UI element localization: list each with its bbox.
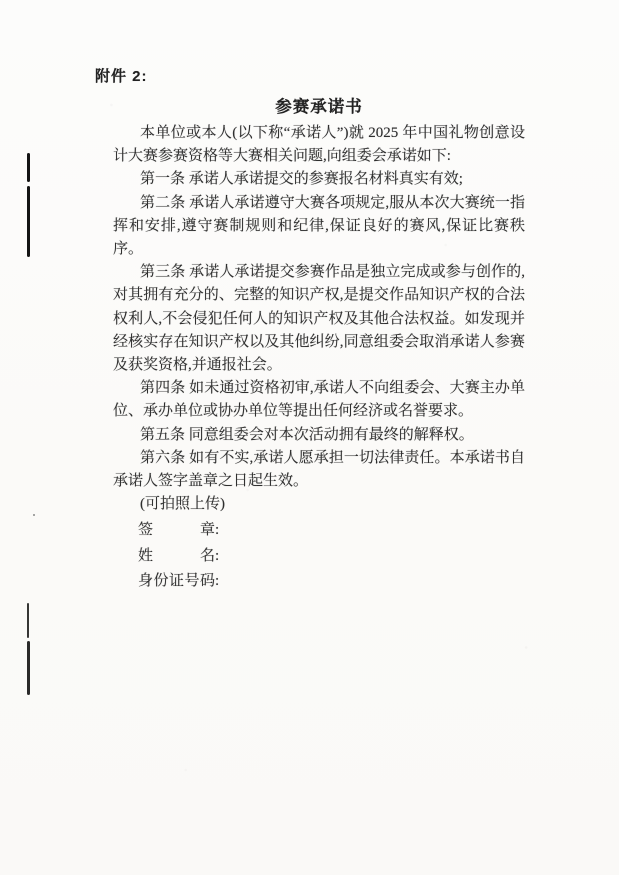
paragraph-photo-note: (可拍照上传)	[113, 493, 525, 516]
scan-artifact-line	[27, 153, 30, 182]
seal-label: 签章	[138, 518, 215, 544]
signature-row-id-number: 身份证号码:	[138, 569, 219, 595]
name-colon: :	[215, 544, 219, 570]
paragraph-article-5: 第五条 同意组委会对本次活动拥有最终的解释权。	[113, 424, 525, 447]
scanned-document-page: { "colors": { "paper": "#fbfaf8", "ink":…	[0, 0, 619, 875]
signature-row-name: 姓名:	[138, 544, 219, 570]
paragraph-article-1: 第一条 承诺人承诺提交的参赛报名材料真实有效;	[113, 168, 525, 191]
seal-colon: :	[215, 518, 219, 544]
scan-artifact-line	[27, 186, 30, 257]
paragraph-article-3: 第三条 承诺人承诺提交参赛作品是独立完成或参与创作的,对其拥有充分的、完整的知识…	[113, 261, 525, 377]
scan-artifact-line	[27, 603, 29, 638]
signature-row-seal: 签章:	[138, 518, 219, 544]
attachment-label: 附件 2:	[95, 65, 148, 86]
signature-block: 签章: 姓名: 身份证号码:	[138, 518, 219, 595]
id-number-label: 身份证号码	[138, 569, 215, 595]
document-body: 本单位或本人(以下称“承诺人”)就 2025 年中国礼物创意设计大赛参赛资格等大…	[113, 122, 525, 516]
paragraph-article-4: 第四条 如未通过资格初审,承诺人不向组委会、大赛主办单位、承办单位或协办单位等提…	[113, 377, 525, 423]
name-label: 姓名	[138, 544, 215, 570]
id-number-colon: :	[215, 569, 219, 595]
document-title: 参赛承诺书	[113, 93, 525, 117]
paragraph-article-6: 第六条 如有不实,承诺人愿承担一切法律责任。本承诺书自承诺人签字盖章之日起生效。	[113, 447, 525, 493]
paragraph-article-2: 第二条 承诺人承诺遵守大赛各项规定,服从本次大赛统一指挥和安排,遵守赛制规则和纪…	[113, 192, 525, 262]
scan-artifact-speck	[33, 514, 35, 516]
paragraph-intro: 本单位或本人(以下称“承诺人”)就 2025 年中国礼物创意设计大赛参赛资格等大…	[113, 122, 525, 168]
scan-artifact-line	[27, 641, 30, 695]
